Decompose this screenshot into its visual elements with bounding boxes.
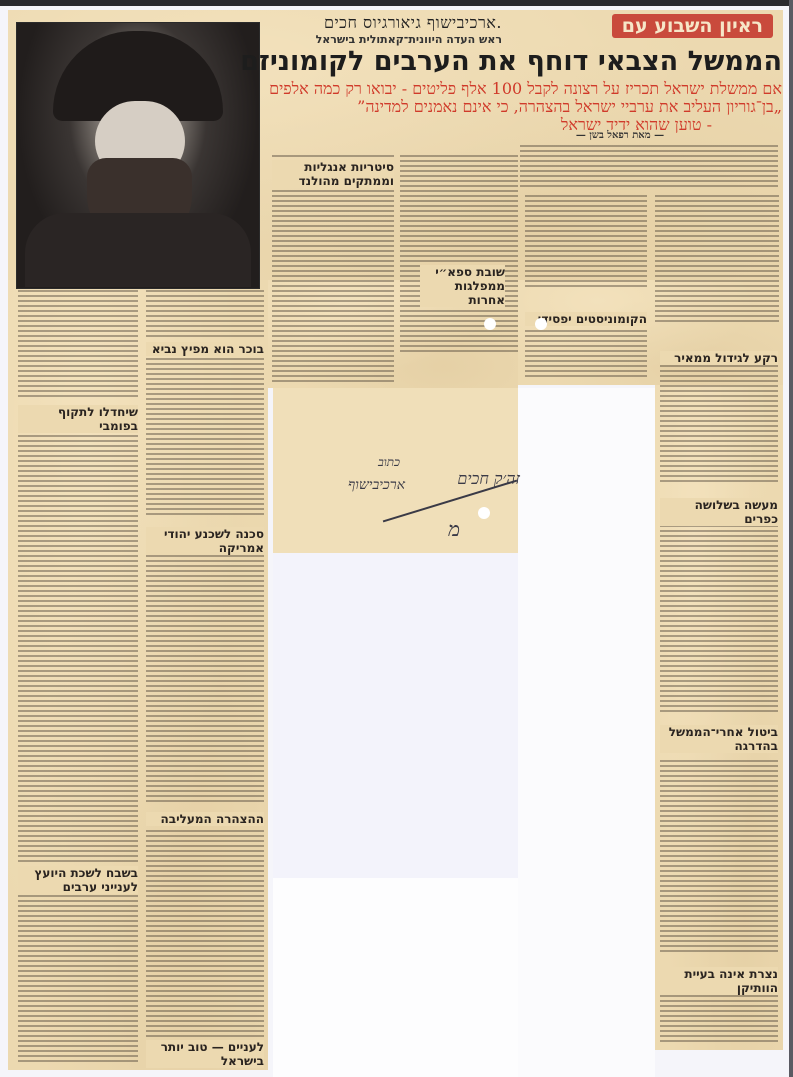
blank-area-lower xyxy=(273,878,518,1077)
byline: — מאת רפאל בשן — xyxy=(560,130,680,141)
body-text-column xyxy=(272,185,394,385)
body-text-column xyxy=(18,290,138,400)
body-text-column xyxy=(655,195,779,325)
section-subtitle: ההצהרה המעליבה xyxy=(146,812,264,826)
archbishop-photo xyxy=(16,22,260,289)
subheadline-line: אם ממשלת ישראל תכריז על רצונה לקבל 100 א… xyxy=(262,80,782,98)
section-subtitle: נצרת אינה בעיית הוותיקן xyxy=(660,967,778,995)
handwritten-word: כתוב xyxy=(378,455,400,470)
section-subtitle: בשבח לשכת היועץ לענייני ערבים xyxy=(18,866,138,894)
interview-kicker: ראיון השבוע עם xyxy=(612,14,773,38)
blank-area xyxy=(273,553,518,878)
interviewee-name: .ארכיבישוף גיאורגיוס חכים xyxy=(262,13,502,33)
section-subtitle: רקע לגידול ממאיר xyxy=(660,351,778,365)
body-text-column xyxy=(146,358,264,518)
section-subtitle: מעשה בשלושה כפרים xyxy=(660,498,778,526)
body-text-column xyxy=(18,895,138,1065)
handwritten-word: ארכיבישוף xyxy=(348,477,405,494)
body-text-column xyxy=(400,155,518,355)
punch-hole xyxy=(535,318,547,330)
section-subtitle: סכנה לשכנע יהודי אמריקה xyxy=(146,527,264,555)
handwritten-annotation: כתוב זה׳ק חכים ארכיבישוף מ xyxy=(290,455,520,575)
body-text-column xyxy=(525,195,647,290)
handwritten-word: זה׳ק חכים xyxy=(457,469,520,489)
blank-area-right xyxy=(518,388,655,1077)
section-subtitle: שיחדלו לתקוף בפומבי xyxy=(18,405,138,433)
photo-robe xyxy=(25,213,251,287)
body-text-top-right xyxy=(520,145,778,190)
body-text-column xyxy=(660,760,778,955)
section-subtitle: סיטריות אנגליות וממתקים מהולנד xyxy=(272,160,394,188)
window-top-border xyxy=(0,0,793,6)
body-text-column xyxy=(525,330,647,380)
section-subtitle: שובת ספא״י ממפלגות אחרות xyxy=(420,265,505,307)
section-subtitle: בוכר הוא מפיץ נביא xyxy=(146,342,264,356)
body-text-column xyxy=(18,425,138,865)
body-text-column xyxy=(146,545,264,805)
section-subtitle: ביטול אחרי־הממשל בהדרגה xyxy=(660,725,778,753)
body-text-column xyxy=(660,355,778,485)
handwritten-initial: מ xyxy=(448,517,460,542)
body-text-column xyxy=(660,515,778,715)
subheadline-line: „בן־גוריון העליב את ערביי ישראל בהצהרה, … xyxy=(262,98,782,116)
window-right-border xyxy=(789,0,793,1077)
body-text-column xyxy=(146,830,264,1055)
subheadline: אם ממשלת ישראל תכריז על רצונה לקבל 100 א… xyxy=(262,80,782,134)
body-text-column xyxy=(146,290,264,340)
headline: הממשל הצבאי דוחף את הערבים לקומוניזם xyxy=(262,45,782,79)
punch-hole xyxy=(484,318,496,330)
section-subtitle: לעניים — טוב יותר בישראל xyxy=(146,1040,264,1068)
